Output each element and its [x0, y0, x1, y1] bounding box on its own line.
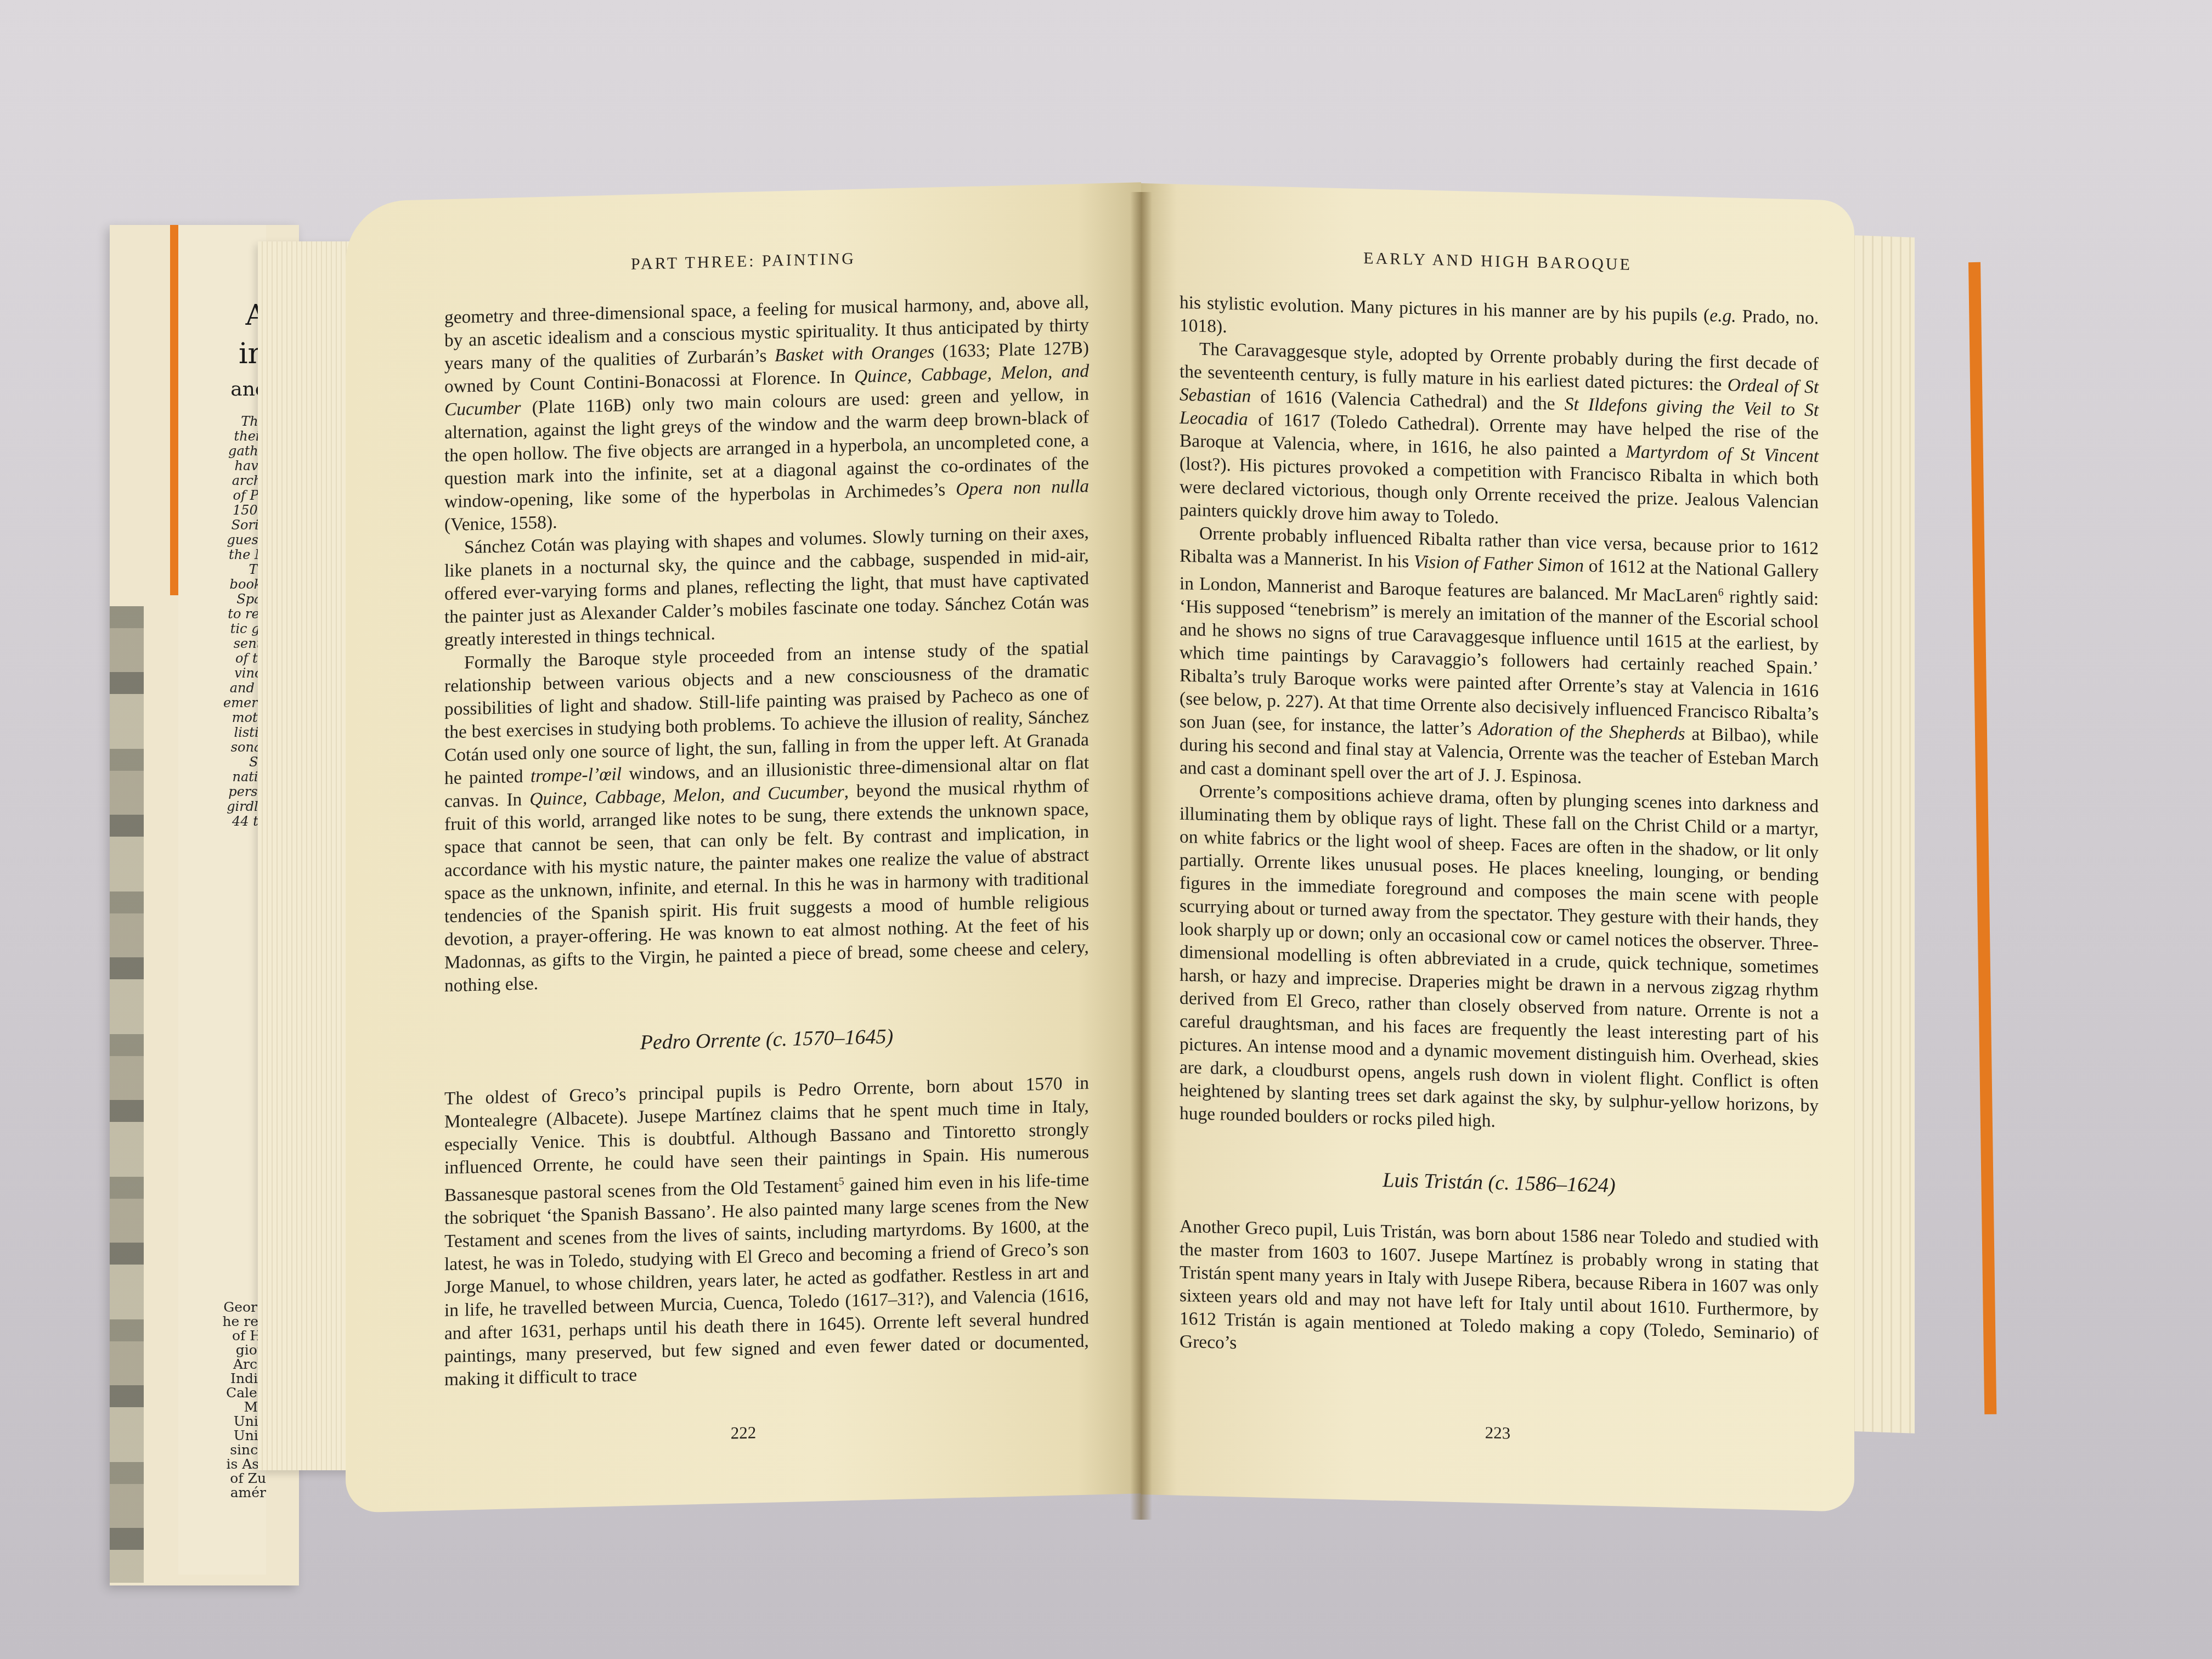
page-body: geometry and three-dimensional space, a …: [444, 291, 1089, 1392]
page-body: his stylistic evolution. Many pictures i…: [1180, 291, 1819, 1369]
paragraph: The oldest of Greco’s principal pupils i…: [444, 1072, 1089, 1392]
section-heading: Luis Tristán (c. 1586–1624): [1180, 1164, 1819, 1202]
book-gutter: [1130, 192, 1152, 1520]
paragraph: Formally the Baroque style proceeded fro…: [444, 636, 1089, 998]
paragraph: geometry and three-dimensional space, a …: [444, 291, 1089, 537]
jacket-flap: A in anc The their gathe have archi of P…: [178, 225, 266, 1575]
running-head: PART THREE: PAINTING: [346, 242, 1141, 280]
jacket-illustration: [110, 606, 144, 1583]
running-head: EARLY AND HIGH BAROQUE: [1141, 244, 1854, 280]
page-number: 222: [346, 1413, 1141, 1452]
body-text: his stylistic evolution. Many pictures i…: [1180, 291, 1819, 1141]
left-page: PART THREE: PAINTING geometry and three-…: [346, 182, 1141, 1513]
page-number: 223: [1141, 1414, 1854, 1452]
photo-scene: A in anc The their gathe have archi of P…: [0, 0, 2212, 1659]
section-body-text: The oldest of Greco’s principal pupils i…: [444, 1072, 1089, 1392]
paragraph: Sánchez Cotán was playing with shapes an…: [444, 521, 1089, 652]
paragraph: The Caravaggesque style, adopted by Orre…: [1180, 337, 1819, 537]
paragraph: Orrente’s compositions achieve drama, of…: [1180, 780, 1819, 1141]
right-page: EARLY AND HIGH BAROQUE his stylistic evo…: [1141, 183, 1854, 1512]
jacket-orange-edge-right: [1968, 262, 1996, 1414]
body-text: geometry and three-dimensional space, a …: [444, 291, 1089, 998]
paragraph: Another Greco pupil, Luis Tristán, was b…: [1180, 1215, 1819, 1369]
section-body-text: Another Greco pupil, Luis Tristán, was b…: [1180, 1215, 1819, 1369]
section-heading: Pedro Orrente (c. 1570–1645): [444, 1020, 1089, 1059]
paragraph: Orrente probably influenced Ribalta rath…: [1180, 522, 1819, 795]
page-stack-left: [258, 241, 357, 1470]
